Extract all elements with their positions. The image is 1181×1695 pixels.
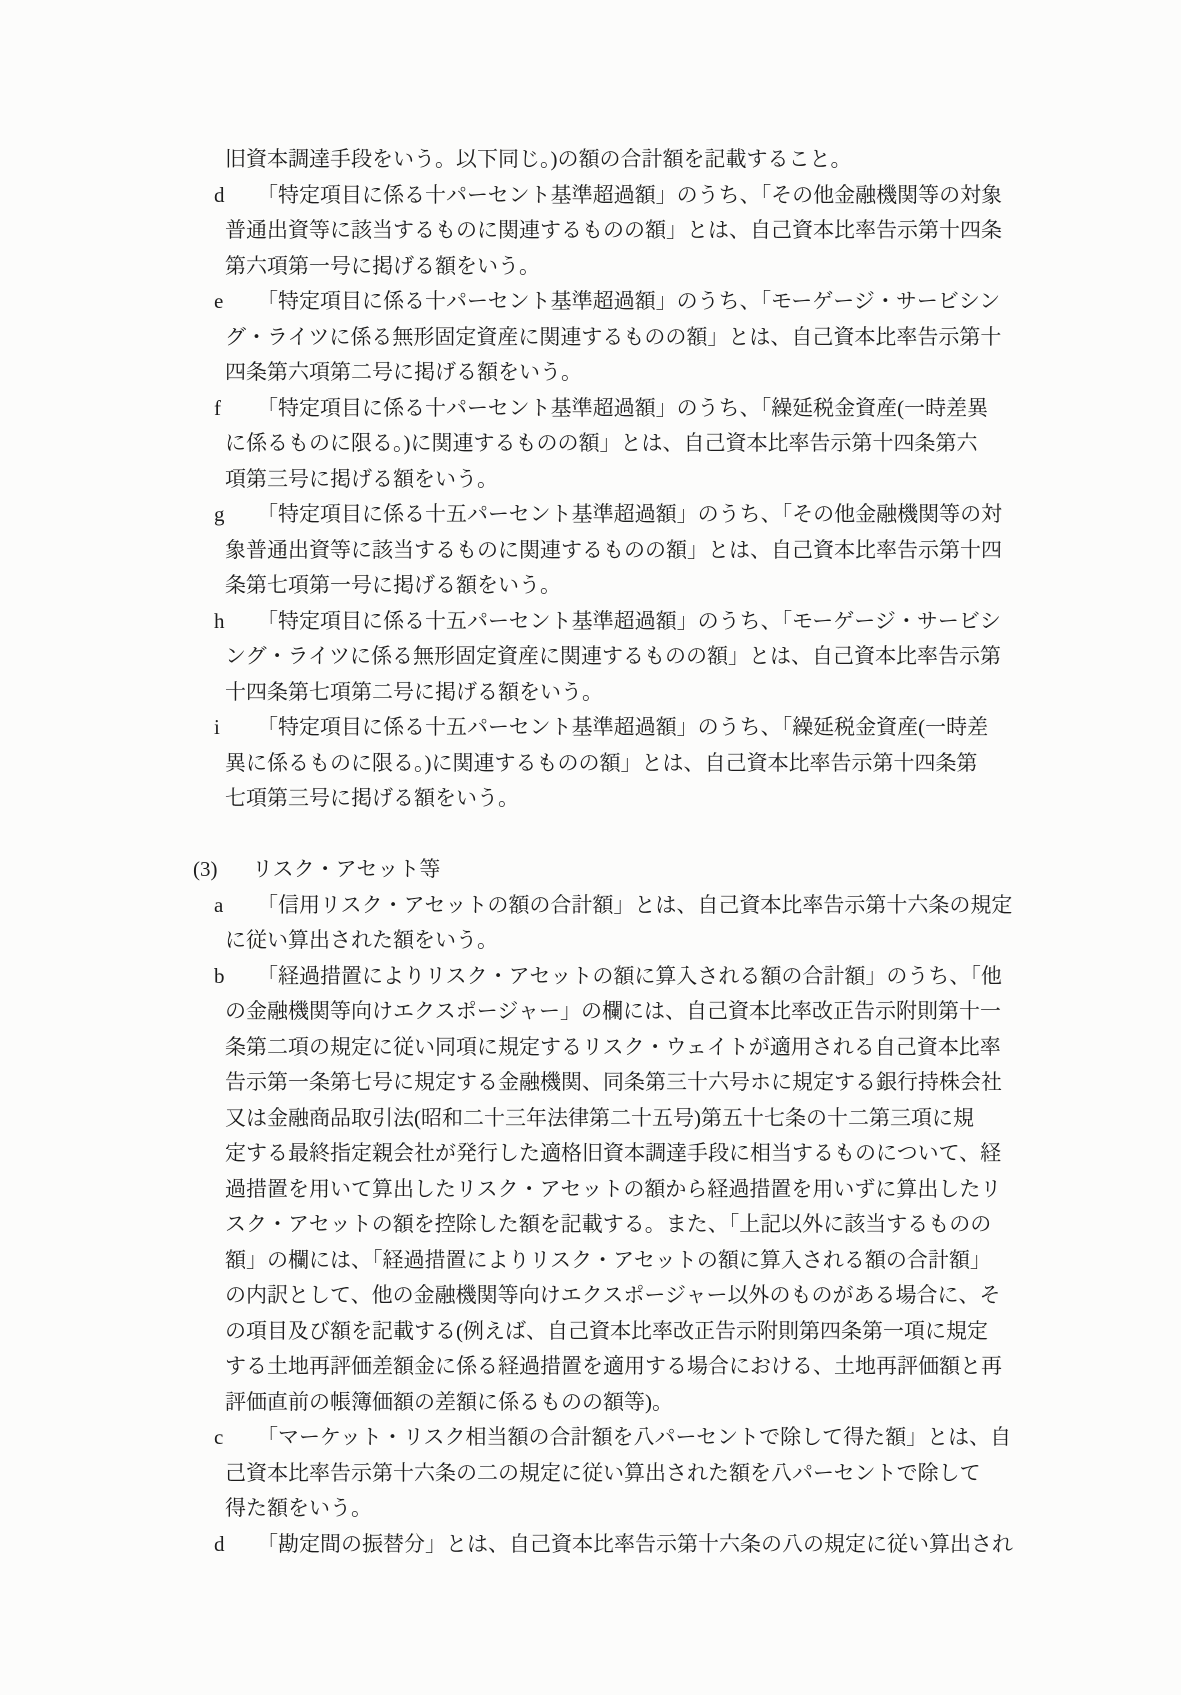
line-text: グ・ライツに係る無形固定資産に関連するものの額」とは、自己資本比率告示第十 xyxy=(225,320,1001,356)
text-line: h 「特定項目に係る十五パーセント基準超過額」のうち、「モーゲージ・サービシ xyxy=(0,604,1181,640)
text-line: a 「信用リスク・アセットの額の合計額」とは、自己資本比率告示第十六条の規定 xyxy=(0,888,1181,924)
line-text: 十四条第七項第二号に掲げる額をいう。 xyxy=(225,675,603,711)
text-line: 己資本比率告示第十六条の二の規定に従い算出された額を八パーセントで除して xyxy=(0,1456,1181,1492)
text-line: 普通出資等に該当するものに関連するものの額」とは、自己資本比率告示第十四条 xyxy=(0,213,1181,249)
text-line: c 「マーケット・リスク相当額の合計額を八パーセントで除して得た額」とは、自 xyxy=(0,1420,1181,1456)
line-text: 「特定項目に係る十パーセント基準超過額」のうち、「その他金融機関等の対象 xyxy=(257,178,1002,214)
text-line: 十四条第七項第二号に掲げる額をいう。 xyxy=(0,675,1181,711)
line-text: 得た額をいう。 xyxy=(225,1491,372,1527)
line-text: 条第七項第一号に掲げる額をいう。 xyxy=(225,568,561,604)
text-line xyxy=(0,817,1181,853)
item-marker: d xyxy=(214,178,225,214)
text-line: の内訳として、他の金融機関等向けエクスポージャー以外のものがある場合に、そ xyxy=(0,1278,1181,1314)
line-text: 異に係るものに限る。)に関連するものの額」とは、自己資本比率告示第十四条第 xyxy=(225,746,978,782)
line-text: 「マーケット・リスク相当額の合計額を八パーセントで除して得た額」とは、自 xyxy=(257,1420,1011,1456)
line-text: に従い算出された額をいう。 xyxy=(225,923,498,959)
line-text: 額」の欄には、「経過措置によりリスク・アセットの額に算入される額の合計額」 xyxy=(225,1243,991,1279)
text-line: スク・アセットの額を控除した額を記載する。また、「上記以外に該当するものの xyxy=(0,1207,1181,1243)
line-text: 「特定項目に係る十パーセント基準超過額」のうち、「繰延税金資産(一時差異 xyxy=(257,391,988,427)
item-marker: h xyxy=(214,604,225,640)
text-line: b 「経過措置によりリスク・アセットの額に算入される額の合計額」のうち、「他 xyxy=(0,959,1181,995)
text-line: の金融機関等向けエクスポージャー」の欄には、自己資本比率改正告示附則第十一 xyxy=(0,994,1181,1030)
text-line: d 「特定項目に係る十パーセント基準超過額」のうち、「その他金融機関等の対象 xyxy=(0,178,1181,214)
text-line: 告示第一条第七号に規定する金融機関、同条第三十六号ホに規定する銀行持株会社 xyxy=(0,1065,1181,1101)
line-text: 条第二項の規定に従い同項に規定するリスク・ウェイトが適用される自己資本比率 xyxy=(225,1030,1001,1066)
text-line: 過措置を用いて算出したリスク・アセットの額から経過措置を用いずに算出したリ xyxy=(0,1172,1181,1208)
text-line: 旧資本調達手段をいう。以下同じ。)の額の合計額を記載すること。 xyxy=(0,142,1181,178)
line-text: 「特定項目に係る十五パーセント基準超過額」のうち、「モーゲージ・サービシ xyxy=(257,604,1001,640)
text-line: に従い算出された額をいう。 xyxy=(0,923,1181,959)
line-text: 過措置を用いて算出したリスク・アセットの額から経過措置を用いずに算出したリ xyxy=(225,1172,1001,1208)
line-text: に係るものに限る。)に関連するものの額」とは、自己資本比率告示第十四条第六 xyxy=(225,426,978,462)
line-text: の内訳として、他の金融機関等向けエクスポージャー以外のものがある場合に、そ xyxy=(225,1278,1001,1314)
line-text: 「信用リスク・アセットの額の合計額」とは、自己資本比率告示第十六条の規定 xyxy=(257,888,1012,924)
item-marker: (3) xyxy=(193,852,218,888)
line-text: 「勘定間の振替分」とは、自己資本比率告示第十六条の八の規定に従い算出され xyxy=(257,1527,1013,1563)
item-marker: b xyxy=(214,959,225,995)
line-text: リスク・アセット等 xyxy=(252,852,440,888)
line-text: スク・アセットの額を控除した額を記載する。また、「上記以外に該当するものの xyxy=(225,1207,991,1243)
line-text: 四条第六項第二号に掲げる額をいう。 xyxy=(225,355,582,391)
text-line: i 「特定項目に係る十五パーセント基準超過額」のうち、「繰延税金資産(一時差 xyxy=(0,710,1181,746)
line-text: ング・ライツに係る無形固定資産に関連するものの額」とは、自己資本比率告示第 xyxy=(225,639,1001,675)
item-marker: e xyxy=(214,284,223,320)
item-marker: i xyxy=(214,710,220,746)
line-text: 又は金融商品取引法(昭和二十三年法律第二十五号)第五十七条の十二第三項に規 xyxy=(225,1101,974,1137)
line-text: 告示第一条第七号に規定する金融機関、同条第三十六号ホに規定する銀行持株会社 xyxy=(225,1065,1002,1101)
line-text: 評価直前の帳簿価額の差額に係るものの額等)。 xyxy=(225,1385,673,1421)
line-text: 「特定項目に係る十五パーセント基準超過額」のうち、「繰延税金資産(一時差 xyxy=(257,710,988,746)
text-line: 得た額をいう。 xyxy=(0,1491,1181,1527)
text-line: 四条第六項第二号に掲げる額をいう。 xyxy=(0,355,1181,391)
line-text: 普通出資等に該当するものに関連するものの額」とは、自己資本比率告示第十四条 xyxy=(225,213,1002,249)
text-line: に係るものに限る。)に関連するものの額」とは、自己資本比率告示第十四条第六 xyxy=(0,426,1181,462)
item-marker: g xyxy=(214,497,225,533)
line-text: 七項第三号に掲げる額をいう。 xyxy=(225,781,519,817)
text-line: グ・ライツに係る無形固定資産に関連するものの額」とは、自己資本比率告示第十 xyxy=(0,320,1181,356)
item-marker: c xyxy=(214,1420,223,1456)
text-line: 額」の欄には、「経過措置によりリスク・アセットの額に算入される額の合計額」 xyxy=(0,1243,1181,1279)
text-line: する土地再評価差額金に係る経過措置を適用する場合における、土地再評価額と再 xyxy=(0,1349,1181,1385)
text-line: 評価直前の帳簿価額の差額に係るものの額等)。 xyxy=(0,1385,1181,1421)
line-text: の金融機関等向けエクスポージャー」の欄には、自己資本比率改正告示附則第十一 xyxy=(225,994,1001,1030)
text-line: 定する最終指定親会社が発行した適格旧資本調達手段に相当するものについて、経 xyxy=(0,1136,1181,1172)
line-text: 象普通出資等に該当するものに関連するものの額」とは、自己資本比率告示第十四 xyxy=(225,533,1002,569)
text-line: の項目及び額を記載する(例えば、自己資本比率改正告示附則第四条第一項に規定 xyxy=(0,1314,1181,1350)
line-text: 第六項第一号に掲げる額をいう。 xyxy=(225,249,540,285)
text-line: 異に係るものに限る。)に関連するものの額」とは、自己資本比率告示第十四条第 xyxy=(0,746,1181,782)
item-marker: a xyxy=(214,888,223,924)
line-text: 「経過措置によりリスク・アセットの額に算入される額の合計額」のうち、「他 xyxy=(257,959,1002,995)
text-line: 象普通出資等に該当するものに関連するものの額」とは、自己資本比率告示第十四 xyxy=(0,533,1181,569)
text-line: 又は金融商品取引法(昭和二十三年法律第二十五号)第五十七条の十二第三項に規 xyxy=(0,1101,1181,1137)
text-line: 項第三号に掲げる額をいう。 xyxy=(0,462,1181,498)
item-marker: d xyxy=(214,1527,225,1563)
line-text: 旧資本調達手段をいう。以下同じ。)の額の合計額を記載すること。 xyxy=(225,142,852,178)
line-text: 己資本比率告示第十六条の二の規定に従い算出された額を八パーセントで除して xyxy=(225,1456,981,1492)
text-line: g 「特定項目に係る十五パーセント基準超過額」のうち、「その他金融機関等の対 xyxy=(0,497,1181,533)
document-page: 旧資本調達手段をいう。以下同じ。)の額の合計額を記載すること。 d 「特定項目に… xyxy=(0,0,1181,1695)
text-line: e 「特定項目に係る十パーセント基準超過額」のうち、「モーゲージ・サービシン xyxy=(0,284,1181,320)
line-text: 定する最終指定親会社が発行した適格旧資本調達手段に相当するものについて、経 xyxy=(225,1136,1001,1172)
line-text: の項目及び額を記載する(例えば、自己資本比率改正告示附則第四条第一項に規定 xyxy=(225,1314,988,1350)
item-marker: f xyxy=(214,391,221,427)
line-text: 「特定項目に係る十パーセント基準超過額」のうち、「モーゲージ・サービシン xyxy=(257,284,1000,320)
document-text-block: 旧資本調達手段をいう。以下同じ。)の額の合計額を記載すること。 d 「特定項目に… xyxy=(0,142,1181,1562)
text-line: 第六項第一号に掲げる額をいう。 xyxy=(0,249,1181,285)
line-text: 項第三号に掲げる額をいう。 xyxy=(225,462,498,498)
text-line: 七項第三号に掲げる額をいう。 xyxy=(0,781,1181,817)
text-line: (3) リスク・アセット等 xyxy=(0,852,1181,888)
text-line: d 「勘定間の振替分」とは、自己資本比率告示第十六条の八の規定に従い算出され xyxy=(0,1527,1181,1563)
text-line: f 「特定項目に係る十パーセント基準超過額」のうち、「繰延税金資産(一時差異 xyxy=(0,391,1181,427)
line-text: する土地再評価差額金に係る経過措置を適用する場合における、土地再評価額と再 xyxy=(225,1349,1002,1385)
text-line: 条第二項の規定に従い同項に規定するリスク・ウェイトが適用される自己資本比率 xyxy=(0,1030,1181,1066)
text-line: ング・ライツに係る無形固定資産に関連するものの額」とは、自己資本比率告示第 xyxy=(0,639,1181,675)
text-line: 条第七項第一号に掲げる額をいう。 xyxy=(0,568,1181,604)
line-text: 「特定項目に係る十五パーセント基準超過額」のうち、「その他金融機関等の対 xyxy=(257,497,1002,533)
